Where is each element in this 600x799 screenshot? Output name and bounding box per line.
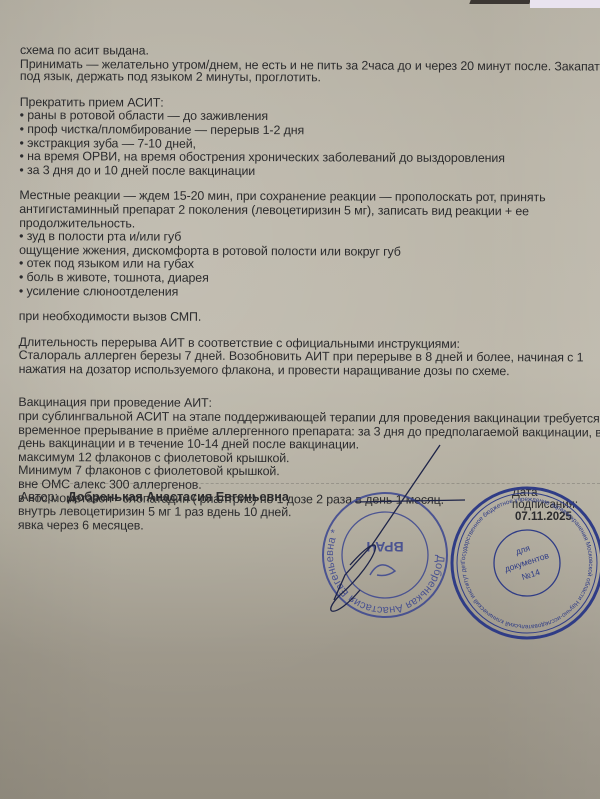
clinic-stamp-ring-text: Государственное бюджетное учреждение здр… [0,0,594,630]
doctor-stamp: Добренькая Анастасия Евгеньевна * ВРАЧ [323,493,447,617]
svg-text:Государственное бюджетное учре: Государственное бюджетное учреждение здр… [0,0,594,630]
doctor-stamp-center: ВРАЧ [366,539,403,555]
clinic-stamp: Государственное бюджетное учреждение здр… [0,0,600,638]
clinic-stamp-center-line: для [514,543,531,557]
stamps-layer: Добренькая Анастасия Евгеньевна * ВРАЧ Г… [0,0,600,799]
clinic-stamp-center-line: №14 [520,567,541,582]
